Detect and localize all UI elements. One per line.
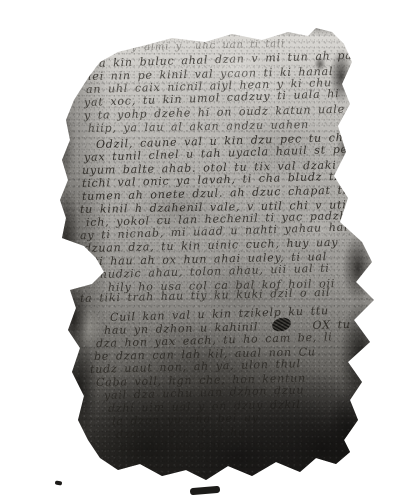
manuscript-line: tu kinil h dzahenil vale, v util chi v u… (80, 199, 351, 215)
manuscript-line: y ta yohp dzehe hi on oudz katun uale, t… (84, 103, 366, 121)
manuscript-line: dza hon yax each, tu ho cam be, li (96, 331, 333, 349)
manuscript-line: ail y almi y uhc uan ti tali (110, 39, 285, 54)
detached-ink-speck (55, 480, 63, 485)
manuscript-line: lei nin pe kinil val ycaon ti ki hanal (88, 66, 334, 82)
detached-ink-speck (190, 486, 220, 496)
manuscript-line: Odzil, caune val u kin dzu pec tu chmil … (96, 131, 383, 150)
manuscript-line: tichi val onic ya lavah, ti cha bludz ti (82, 171, 339, 189)
manuscript-line: Cuil kan val u kin tzikelp ku ttu (110, 305, 329, 323)
manuscript-line: ta tiki trah hau tiy ku kuki dzil o ail (80, 287, 330, 304)
manuscript-line: la dzon yu cha bel uy (112, 412, 259, 427)
manuscript-line: yax tunil clnel u tah uyacla hauil st pe… (84, 143, 366, 163)
stain-grain-texture (58, 28, 383, 484)
manuscript-line: be dzan can lah kil, aual non Cu (94, 346, 316, 362)
manuscript-page: ail y almi y uhc uan ti taliya kin buluc… (58, 28, 383, 484)
water-stains (58, 28, 383, 484)
ink-blob-glyph (271, 316, 293, 333)
manuscript-line: dza hal uli dzii (120, 439, 222, 453)
manuscript-line: ich, yokol cu lan hechenil ti yac padzhu… (86, 210, 363, 228)
paper-mottling (58, 28, 383, 484)
manuscript-line: hily ho usa col ca bal kof hoil oii (108, 278, 335, 293)
manuscript-line: ay ti nicnab, mi uaad u nahti yahau hal (80, 222, 349, 241)
manuscript-line: dzuan dza, tu kin uinic cuch, huy uay (84, 237, 339, 254)
manuscript-line: dzan ti dza dzel hu (116, 426, 246, 440)
manuscript-line: an uhl caix nicnil aiyl hean y ki chu (86, 77, 332, 95)
scan-background: ail y almi y uhc uan ti taliya kin buluc… (0, 0, 401, 500)
manuscript-line: tudz uaut non, ah ya, ulon thul (90, 358, 301, 375)
torn-top-edge (58, 28, 383, 484)
text-layer: ail y almi y uhc uan ti taliya kin buluc… (58, 28, 383, 484)
manuscript-line: uyum balte ahab. otol tu tix val dzaki h… (82, 159, 356, 176)
manuscript-line: ti hau ah ox hun ahai ualey, ti ual (94, 251, 327, 267)
manuscript-line: yat xoc, tu kin umol cadzuy ti uala hi (84, 88, 340, 108)
manuscript-line: hau yn dzhon u kahinil OX tu (104, 319, 351, 336)
manuscript-line: hudzic ahau, tolon ahau, uii ual ti (100, 263, 330, 280)
manuscript-line: hiip, ya lau al akan andzu uahen (88, 119, 309, 134)
manuscript-line: ya kin buluc ahal dzan v mi tun ah pad (92, 50, 361, 69)
manuscript-line: tumen ah onete dzul. ah dzuc chapat tia (82, 184, 355, 202)
paper-grain-texture (58, 28, 383, 484)
manuscript-line: dzhi uim ual y on dzuy dzkil (108, 399, 301, 414)
manuscript-line: yail dza uchu uan dzhon dzuu (104, 384, 305, 401)
manuscript-line: Caba voll, hgn che, hon kentun (96, 373, 306, 388)
